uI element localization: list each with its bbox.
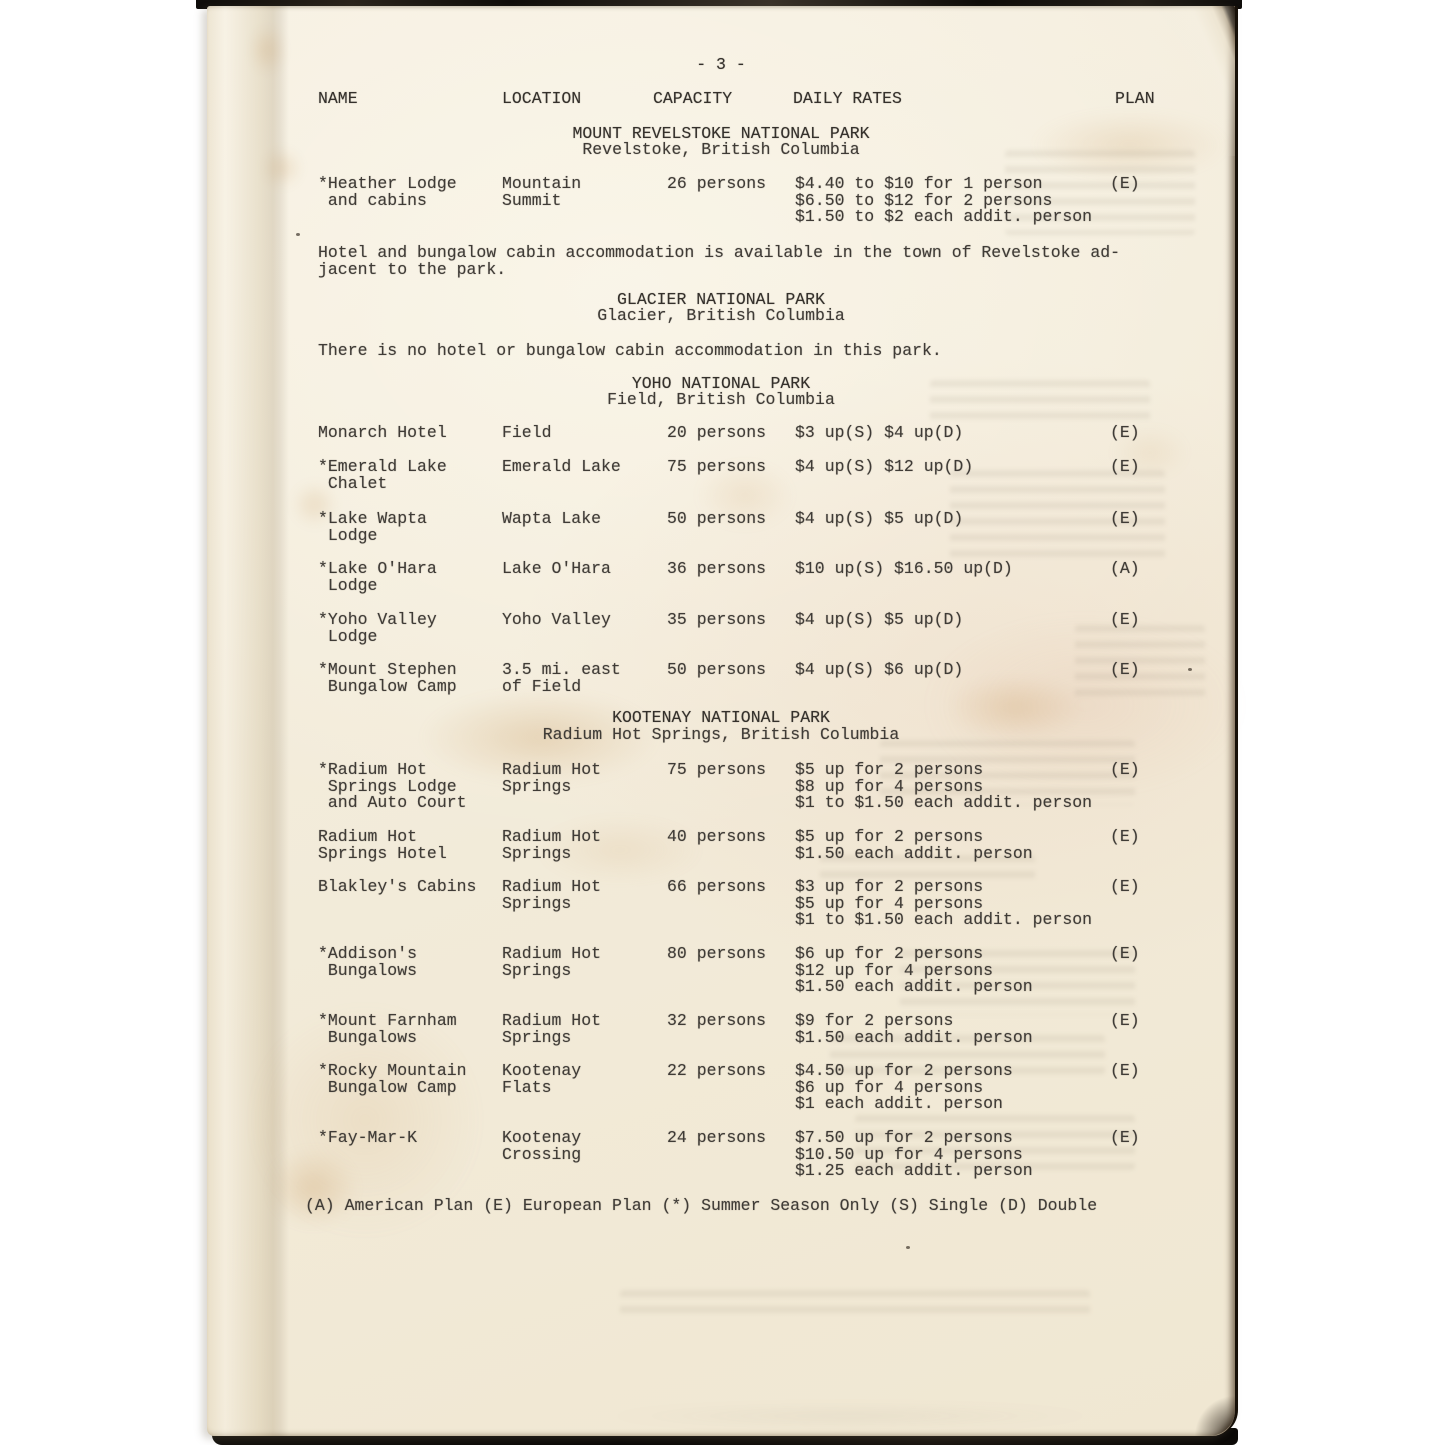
cell-plan: (E) — [1110, 762, 1140, 779]
cell-plan: (A) — [1110, 561, 1140, 578]
cell-capacity: 66 persons — [667, 879, 766, 896]
column-header-location: LOCATION — [502, 91, 581, 108]
cell-plan: (E) — [1110, 176, 1140, 193]
cell-plan: (E) — [1110, 829, 1140, 846]
cell-plan: (E) — [1110, 511, 1140, 528]
cell-plan: (E) — [1110, 425, 1140, 442]
speck — [906, 1246, 910, 1249]
cell-location: Radium Hot Springs — [502, 879, 601, 912]
cell-name: *Radium Hot Springs Lodge and Auto Court — [318, 762, 467, 812]
cell-location: Mountain Summit — [502, 176, 581, 209]
cell-capacity: 75 persons — [667, 762, 766, 779]
column-header-capacity: CAPACITY — [653, 91, 732, 108]
cell-capacity: 20 persons — [667, 425, 766, 442]
cell-rates: $10 up(S) $16.50 up(D) — [795, 561, 1013, 578]
cell-rates: $6 up for 2 persons $12 up for 4 persons… — [795, 946, 1033, 996]
cell-name: *Emerald Lake Chalet — [318, 459, 447, 492]
legend: (A) American Plan (E) European Plan (*) … — [305, 1198, 1097, 1215]
cell-rates: $4 up(S) $12 up(D) — [795, 459, 973, 476]
cell-name: *Addison's Bungalows — [318, 946, 417, 979]
cell-location: Field — [502, 425, 552, 442]
section-subtitle: Radium Hot Springs, British Columbia — [207, 727, 1235, 744]
cell-capacity: 36 persons — [667, 561, 766, 578]
cell-location: Radium Hot Springs — [502, 946, 601, 979]
cell-name: *Yoho Valley Lodge — [318, 612, 437, 645]
cell-rates: $9 for 2 persons $1.50 each addit. perso… — [795, 1013, 1033, 1046]
cell-plan: (E) — [1110, 1130, 1140, 1147]
cell-capacity: 50 persons — [667, 511, 766, 528]
ghost-text-bleed — [1075, 625, 1205, 700]
cell-plan: (E) — [1110, 662, 1140, 679]
page-corner-shadow-bottom-right — [1189, 1390, 1235, 1436]
cell-rates: $4 up(S) $5 up(D) — [795, 511, 963, 528]
cell-name: Monarch Hotel — [318, 425, 447, 442]
cell-location: Kootenay Crossing — [502, 1130, 581, 1163]
cell-location: Wapta Lake — [502, 511, 601, 528]
cell-plan: (E) — [1110, 459, 1140, 476]
section-subtitle: Glacier, British Columbia — [207, 308, 1235, 325]
cell-plan: (E) — [1110, 1063, 1140, 1080]
column-header-daily-rates: DAILY RATES — [793, 91, 902, 108]
cell-name: Radium Hot Springs Hotel — [318, 829, 447, 862]
cell-location: Kootenay Flats — [502, 1063, 581, 1096]
cell-capacity: 22 persons — [667, 1063, 766, 1080]
cell-capacity: 35 persons — [667, 612, 766, 629]
cell-capacity: 24 persons — [667, 1130, 766, 1147]
cell-name: *Rocky Mountain Bungalow Camp — [318, 1063, 467, 1096]
speck — [296, 233, 300, 236]
cell-name: *Lake O'Hara Lodge — [318, 561, 437, 594]
cell-rates: $4.50 up for 2 persons $6 up for 4 perso… — [795, 1063, 1013, 1113]
document-page: - 3 - NAME LOCATION CAPACITY DAILY RATES… — [207, 6, 1238, 1436]
cell-name: *Mount Farnham Bungalows — [318, 1013, 457, 1046]
cell-capacity: 32 persons — [667, 1013, 766, 1030]
cell-plan: (E) — [1110, 879, 1140, 896]
cell-rates: $3 up for 2 persons $5 up for 4 persons … — [795, 879, 1092, 929]
cell-capacity: 75 persons — [667, 459, 766, 476]
cell-name: Blakley's Cabins — [318, 879, 476, 896]
cell-capacity: 26 persons — [667, 176, 766, 193]
section-note: Hotel and bungalow cabin accommodation i… — [318, 245, 1120, 278]
cell-location: Emerald Lake — [502, 459, 621, 476]
cell-rates: $4.40 to $10 for 1 person $6.50 to $12 f… — [795, 176, 1092, 226]
section-subtitle: Revelstoke, British Columbia — [207, 142, 1235, 159]
cell-name: *Heather Lodge and cabins — [318, 176, 457, 209]
cell-location: Radium Hot Springs — [502, 1013, 601, 1046]
cell-location: Lake O'Hara — [502, 561, 611, 578]
column-header-name: NAME — [318, 91, 358, 108]
section-subtitle: Field, British Columbia — [207, 392, 1235, 409]
cell-location: Radium Hot Springs — [502, 762, 601, 795]
cell-capacity: 40 persons — [667, 829, 766, 846]
cell-plan: (E) — [1110, 946, 1140, 963]
cell-name: *Lake Wapta Lodge — [318, 511, 427, 544]
cell-plan: (E) — [1110, 612, 1140, 629]
cell-rates: $5 up for 2 persons $1.50 each addit. pe… — [795, 829, 1033, 862]
section-note: There is no hotel or bungalow cabin acco… — [318, 343, 942, 360]
stain — [268, 1148, 358, 1228]
cell-capacity: 50 persons — [667, 662, 766, 679]
cell-location: 3.5 mi. east of Field — [502, 662, 621, 695]
stain — [590, 1405, 1110, 1427]
cell-rates: $7.50 up for 2 persons $10.50 up for 4 p… — [795, 1130, 1033, 1180]
cell-name: *Mount Stephen Bungalow Camp — [318, 662, 457, 695]
ghost-text-bleed — [620, 1290, 1090, 1316]
cell-rates: $4 up(S) $5 up(D) — [795, 612, 963, 629]
cell-rates: $4 up(S) $6 up(D) — [795, 662, 963, 679]
cell-name: *Fay-Mar-K — [318, 1130, 417, 1147]
cell-rates: $5 up for 2 persons $8 up for 4 persons … — [795, 762, 1092, 812]
cell-location: Radium Hot Springs — [502, 829, 601, 862]
column-header-plan: PLAN — [1115, 91, 1155, 108]
cell-rates: $3 up(S) $4 up(D) — [795, 425, 963, 442]
page-number: - 3 - — [207, 57, 1235, 74]
cell-location: Yoho Valley — [502, 612, 611, 629]
cell-capacity: 80 persons — [667, 946, 766, 963]
cell-plan: (E) — [1110, 1013, 1140, 1030]
